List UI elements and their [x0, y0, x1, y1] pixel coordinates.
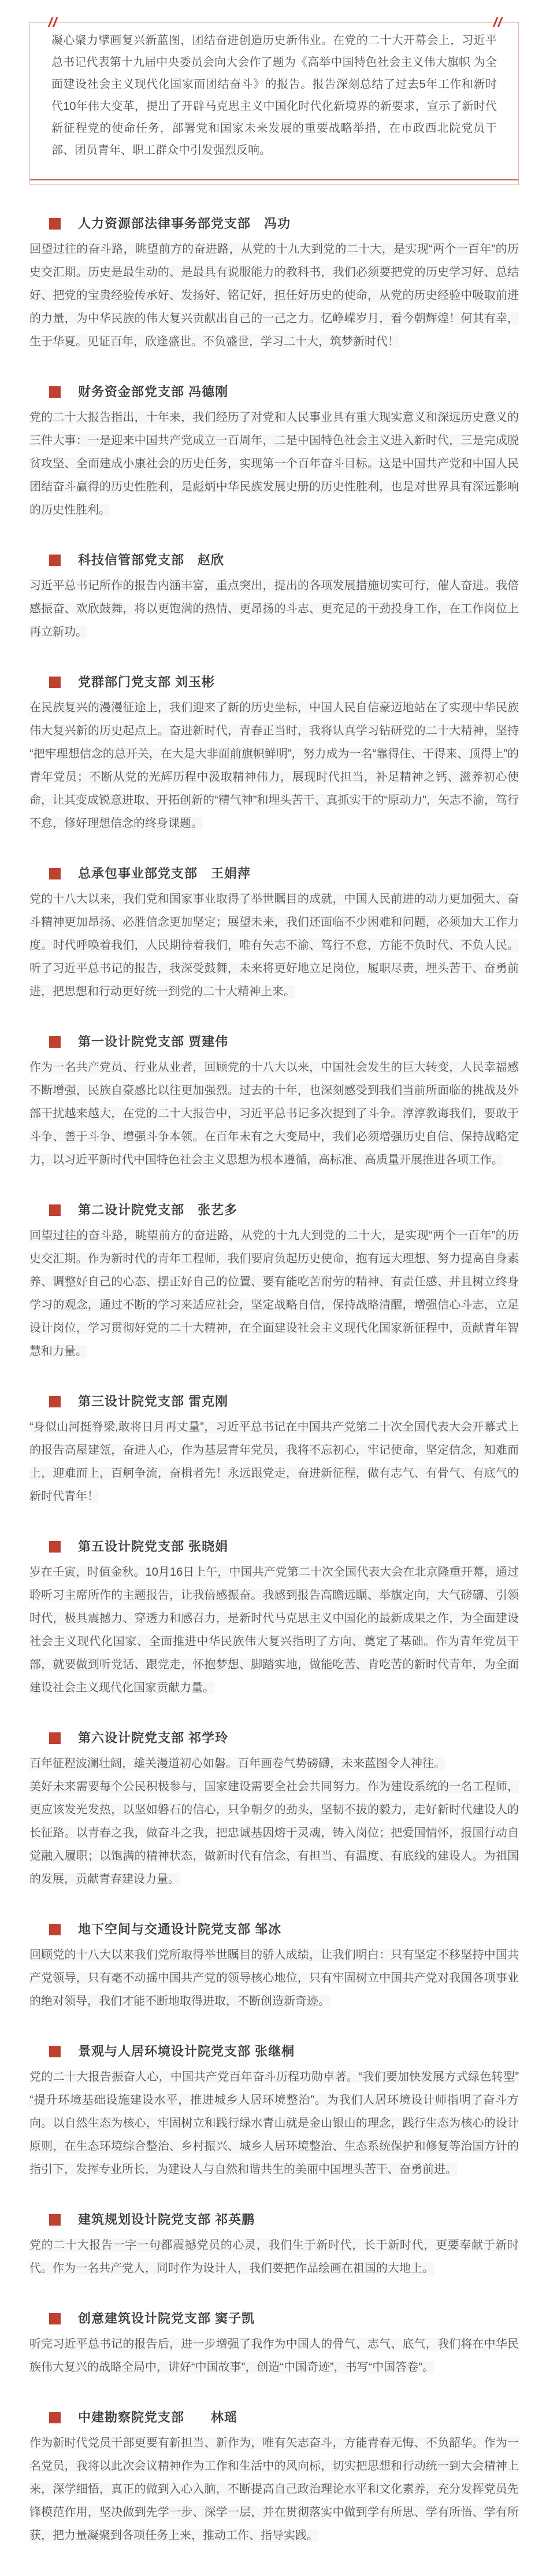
section-title: 景观与人居环境设计院党支部 张继桐: [78, 2045, 295, 2058]
section-heading: 总承包事业部党支部 王娟萍: [49, 867, 519, 881]
section-body: 回顾党的十八大以来我们党所取得举世瞩目的骄人成绩，让我们明白：只有坚定不移坚持中…: [29, 1943, 519, 2013]
red-square-bullet-icon: [49, 1732, 61, 1744]
section-body: 岁在壬寅，时值金秋。10月16日上午，中国共产党第二十次全国代表大会在北京隆重开…: [29, 1561, 519, 1699]
intro-quote-box: 凝心聚力擘画复兴新蓝图，团结奋进创造历史新伟业。在党的二十大开幕会上，习近平总书…: [29, 22, 519, 185]
section-title: 地下空间与交通设计院党支部 邹冰: [78, 1923, 281, 1936]
testimonial-section: 地下空间与交通设计院党支部 邹冰 回顾党的十八大以来我们党所取得举世瞩目的骄人成…: [29, 1923, 519, 2013]
red-square-bullet-icon: [49, 1924, 61, 1935]
section-heading: 党群部门党支部 刘玉彬: [49, 675, 519, 689]
section-heading: 第二设计院党支部 张艺多: [49, 1203, 519, 1217]
section-paragraph: 党的二十大报告指出，十年来，我们经历了对党和人民事业具有重大现实意义和深远历史意…: [29, 406, 519, 522]
testimonial-section: 创意建筑设计院党支部 窦子凯 听完习近平总书记的报告后，进一步增强了我作为中国人…: [29, 2312, 519, 2379]
testimonial-section: 科技信管部党支部 赵欣 习近平总书记所作的报告内涵丰富，重点突出，提出的各项发展…: [29, 553, 519, 644]
testimonial-section: 第三设计院党支部 雷克刚 “身似山河挺脊梁,敢将日月再丈量”，习近平总书记在中国…: [29, 1395, 519, 1508]
red-square-bullet-icon: [49, 555, 61, 566]
testimonial-sections: 人力资源部法律事务部党支部 冯功 回望过往的奋斗路，眺望前方的奋进路，从党的十九…: [29, 217, 519, 2547]
section-paragraph: 作为一名共产党员、行业从业者，回顾党的十八大以来，中国社会发生的巨大转变，人民幸…: [29, 1056, 519, 1171]
section-title: 创意建筑设计院党支部 窦子凯: [78, 2312, 255, 2326]
quote-hatch-icon: [495, 17, 501, 27]
testimonial-section: 总承包事业部党支部 王娟萍 党的十八大以来，我们党和国家事业取得了举世瞩目的成就…: [29, 867, 519, 1003]
section-body: 回望过往的奋斗路，眺望前方的奋进路，从党的十九大到党的二十大，是实现“两个一百年…: [29, 238, 519, 353]
section-body: 党的二十大报告指出，十年来，我们经历了对党和人民事业具有重大现实意义和深远历史意…: [29, 406, 519, 522]
section-paragraph: 习近平总书记所作的报告内涵丰富，重点突出，提出的各项发展措施切实可行，催人奋进。…: [29, 574, 519, 644]
red-square-bullet-icon: [49, 2046, 61, 2057]
testimonial-section: 第六设计院党支部 祁学玲 百年征程波澜壮阔，雄关漫道初心如磐。百年画卷气势磅礴，…: [29, 1731, 519, 1891]
section-paragraph: 百年征程波澜壮阔，雄关漫道初心如磐。百年画卷气势磅礴，未来蓝图令人神往。: [29, 1752, 519, 1775]
article-page: 凝心聚力擘画复兴新蓝图，团结奋进创造历史新伟业。在党的二十大开幕会上，习近平总书…: [0, 0, 546, 2570]
section-paragraph: 美好未来需要每个公民积极参与，国家建设需要全社会共同努力。作为建设系统的一名工程…: [29, 1775, 519, 1891]
testimonial-section: 景观与人居环境设计院党支部 张继桐 党的二十大报告振奋人心，中国共产党百年奋斗历…: [29, 2045, 519, 2181]
section-title: 中建勘察院党支部 林瑶: [78, 2411, 237, 2425]
section-paragraph: 在民族复兴的漫漫征途上，我们迎来了新的历史坐标，中国人民自信豪迈地站在了实现中华…: [29, 696, 519, 835]
section-heading: 第一设计院党支部 贾建伟: [49, 1035, 519, 1049]
section-paragraph: 岁在壬寅，时值金秋。10月16日上午，中国共产党第二十次全国代表大会在北京隆重开…: [29, 1561, 519, 1699]
section-paragraph: “身似山河挺脊梁,敢将日月再丈量”，习近平总书记在中国共产党第二十次全国代表大会…: [29, 1415, 519, 1508]
section-title: 人力资源部法律事务部党支部 冯功: [78, 217, 291, 231]
section-heading: 景观与人居环境设计院党支部 张继桐: [49, 2045, 519, 2058]
red-square-bullet-icon: [49, 2313, 61, 2324]
section-heading: 地下空间与交通设计院党支部 邹冰: [49, 1923, 519, 1936]
quote-hatch-icon: [50, 17, 56, 27]
red-square-bullet-icon: [49, 2214, 61, 2226]
section-heading: 人力资源部法律事务部党支部 冯功: [49, 217, 519, 231]
section-body: 作为新时代党员干部更要有新担当、新作为，唯有矢志奋斗，方能青春无悔、不负韶华。作…: [29, 2431, 519, 2547]
section-body: 党的二十大报告一字一句都震撼党员的心灵，我们生于新时代，长于新时代，更要奉献于新…: [29, 2234, 519, 2280]
testimonial-section: 第五设计院党支部 张晓娟 岁在壬寅，时值金秋。10月16日上午，中国共产党第二十…: [29, 1540, 519, 1699]
section-title: 科技信管部党支部 赵欣: [78, 553, 224, 567]
section-title: 建筑规划设计院党支部 祁英鹏: [78, 2213, 255, 2227]
section-paragraph: 回望过往的奋斗路，眺望前方的奋进路，从党的十九大到党的二十大，是实现“两个一百年…: [29, 1224, 519, 1363]
section-paragraph: 党的十八大以来，我们党和国家事业取得了举世瞩目的成就，中国人民前进的动力更加强大…: [29, 888, 519, 1003]
red-square-bullet-icon: [49, 1541, 61, 1553]
section-paragraph: 回望过往的奋斗路，眺望前方的奋进路，从党的十九大到党的二十大，是实现“两个一百年…: [29, 238, 519, 353]
testimonial-section: 建筑规划设计院党支部 祁英鹏 党的二十大报告一字一句都震撼党员的心灵，我们生于新…: [29, 2213, 519, 2280]
section-paragraph: 回顾党的十八大以来我们党所取得举世瞩目的骄人成绩，让我们明白：只有坚定不移坚持中…: [29, 1943, 519, 2013]
red-square-bullet-icon: [49, 1396, 61, 1407]
section-title: 第三设计院党支部 雷克刚: [78, 1395, 228, 1409]
intro-paragraph: 凝心聚力擘画复兴新蓝图，团结奋进创造历史新伟业。在党的二十大开幕会上，习近平总书…: [51, 29, 497, 161]
testimonial-section: 第二设计院党支部 张艺多 回望过往的奋斗路，眺望前方的奋进路，从党的十九大到党的…: [29, 1203, 519, 1363]
section-title: 第一设计院党支部 贾建伟: [78, 1035, 228, 1049]
section-body: “身似山河挺脊梁,敢将日月再丈量”，习近平总书记在中国共产党第二十次全国代表大会…: [29, 1415, 519, 1508]
red-square-bullet-icon: [49, 677, 61, 688]
section-body: 百年征程波澜壮阔，雄关漫道初心如磐。百年画卷气势磅礴，未来蓝图令人神往。美好未来…: [29, 1752, 519, 1891]
section-body: 党的二十大报告振奋人心，中国共产党百年奋斗历程功勋卓著。“我们要加快发展方式绿色…: [29, 2065, 519, 2181]
testimonial-section: 中建勘察院党支部 林瑶 作为新时代党员干部更要有新担当、新作为，唯有矢志奋斗，方…: [29, 2411, 519, 2547]
section-paragraph: 党的二十大报告振奋人心，中国共产党百年奋斗历程功勋卓著。“我们要加快发展方式绿色…: [29, 2065, 519, 2181]
testimonial-section: 人力资源部法律事务部党支部 冯功 回望过往的奋斗路，眺望前方的奋进路，从党的十九…: [29, 217, 519, 353]
section-body: 作为一名共产党员、行业从业者，回顾党的十八大以来，中国社会发生的巨大转变，人民幸…: [29, 1056, 519, 1171]
section-heading: 第三设计院党支部 雷克刚: [49, 1395, 519, 1409]
section-heading: 科技信管部党支部 赵欣: [49, 553, 519, 567]
section-paragraph: 党的二十大报告一字一句都震撼党员的心灵，我们生于新时代，长于新时代，更要奉献于新…: [29, 2234, 519, 2280]
section-body: 党的十八大以来，我们党和国家事业取得了举世瞩目的成就，中国人民前进的动力更加强大…: [29, 888, 519, 1003]
red-square-bullet-icon: [49, 2412, 61, 2423]
section-heading: 第五设计院党支部 张晓娟: [49, 1540, 519, 1554]
testimonial-section: 党群部门党支部 刘玉彬 在民族复兴的漫漫征途上，我们迎来了新的历史坐标，中国人民…: [29, 675, 519, 835]
section-heading: 建筑规划设计院党支部 祁英鹏: [49, 2213, 519, 2227]
red-square-bullet-icon: [49, 386, 61, 398]
section-heading: 中建勘察院党支部 林瑶: [49, 2411, 519, 2425]
section-title: 总承包事业部党支部 王娟萍: [78, 867, 251, 881]
section-title: 第五设计院党支部 张晓娟: [78, 1540, 228, 1554]
testimonial-section: 财务资金部党支部 冯德刚 党的二十大报告指出，十年来，我们经历了对党和人民事业具…: [29, 385, 519, 522]
red-square-bullet-icon: [49, 868, 61, 879]
section-title: 党群部门党支部 刘玉彬: [78, 675, 215, 689]
testimonial-section: 第一设计院党支部 贾建伟 作为一名共产党员、行业从业者，回顾党的十八大以来，中国…: [29, 1035, 519, 1171]
section-body: 回望过往的奋斗路，眺望前方的奋进路，从党的十九大到党的二十大，是实现“两个一百年…: [29, 1224, 519, 1363]
section-paragraph: 听完习近平总书记的报告后，进一步增强了我作为中国人的骨气、志气、底气，我们将在中…: [29, 2333, 519, 2379]
red-square-bullet-icon: [49, 1036, 61, 1048]
section-title: 第二设计院党支部 张艺多: [78, 1203, 237, 1217]
section-heading: 财务资金部党支部 冯德刚: [49, 385, 519, 399]
red-square-bullet-icon: [49, 1204, 61, 1216]
section-title: 第六设计院党支部 祁学玲: [78, 1731, 228, 1745]
red-square-bullet-icon: [49, 218, 61, 230]
section-body: 习近平总书记所作的报告内涵丰富，重点突出，提出的各项发展措施切实可行，催人奋进。…: [29, 574, 519, 644]
section-title: 财务资金部党支部 冯德刚: [78, 385, 228, 399]
section-body: 在民族复兴的漫漫征途上，我们迎来了新的历史坐标，中国人民自信豪迈地站在了实现中华…: [29, 696, 519, 835]
section-heading: 创意建筑设计院党支部 窦子凯: [49, 2312, 519, 2326]
section-paragraph: 作为新时代党员干部更要有新担当、新作为，唯有矢志奋斗，方能青春无悔、不负韶华。作…: [29, 2431, 519, 2547]
section-heading: 第六设计院党支部 祁学玲: [49, 1731, 519, 1745]
section-body: 听完习近平总书记的报告后，进一步增强了我作为中国人的骨气、志气、底气，我们将在中…: [29, 2333, 519, 2379]
